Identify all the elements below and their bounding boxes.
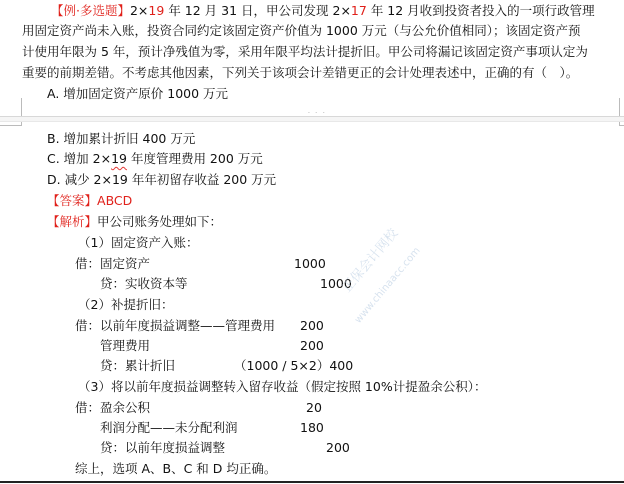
- entry-3-debit-amount: 20: [306, 399, 322, 417]
- question-line-1: 【例·多选题】2×19 年 12 月 31 日，甲公司发现 2×17 年 12 …: [51, 2, 595, 20]
- answer-value: ABCD: [97, 193, 132, 208]
- answer-tag: 【答案】: [47, 193, 97, 208]
- entry-3-debit: 借：盈余公积​: [75, 399, 270, 417]
- entry-3-debit-2-amount: 180: [300, 419, 324, 437]
- conclusion: 综上，选项 A、B、C 和 D 均正确。: [75, 460, 276, 478]
- entry-3-credit-amount: 200: [326, 439, 350, 457]
- step-2-heading: （2）补提折旧：: [78, 296, 173, 314]
- question-type-tag: 【例·多选题】: [51, 3, 130, 18]
- entry-2-debit-2: ​管理费用​: [48, 337, 296, 355]
- option-b: B. 增加累计折旧 400 万元: [47, 130, 195, 148]
- entry-2-credit-amount: （1000 / 5×2）400: [234, 357, 353, 375]
- page-break: [0, 116, 624, 122]
- option-a: A. 增加固定资产原价 1000 万元: [47, 85, 228, 103]
- question-line-4: 重要的前期差错。不考虑其他因素，下列关于该项会计差错更正的会计处理表述中，正确的…: [22, 64, 578, 82]
- answer-line: 【答案】ABCD: [47, 192, 132, 210]
- option-c: C. 增加 2×19 年度管理费用 200 万元: [47, 150, 263, 168]
- year-highlight: 19: [148, 3, 164, 18]
- bottom-border: [0, 481, 624, 483]
- step-3-heading: （3）将以前年度损益调整转入留存收益（假定按照 10%计提盈余公积）：: [78, 378, 486, 396]
- year-highlight: 17: [351, 3, 367, 18]
- option-d: D. 减少 2×19 年年初留存收益 200 万元: [47, 171, 276, 189]
- entry-3-debit-2: ​利润分配——未分配利润​: [48, 419, 290, 437]
- question-line-2: 用固定资产尚未入账，投资合同约定该固定资产价值为 1000 万元（与公允价值相同…: [22, 22, 581, 40]
- entry-1-credit: ​贷：实收资本等​: [48, 275, 294, 293]
- analysis-intro: 【解析】甲公司账务处理如下：: [47, 213, 222, 231]
- entry-3-credit: ​贷：以前年度损益调整​: [48, 439, 305, 457]
- entry-1-debit-amount: 1000: [294, 255, 326, 273]
- spellcheck-flag: 19: [111, 151, 127, 166]
- entry-2-debit-amount: 200: [300, 317, 324, 335]
- analysis-tag: 【解析】: [47, 214, 97, 229]
- step-1-heading: （1）固定资产入账：: [78, 234, 198, 252]
- entry-1-debit: 借：固定资产​: [75, 255, 270, 273]
- entry-2-debit: 借：以前年度损益调整——管理费用: [75, 317, 275, 335]
- question-line-3: 计使用年限为 5 年，预计净残值为零，采用年限平均法计提折旧。甲公司将漏记该固定…: [22, 43, 588, 61]
- entry-2-credit: ​贷：累计折旧​: [48, 357, 223, 375]
- entry-2-debit-2-amount: 200: [300, 337, 324, 355]
